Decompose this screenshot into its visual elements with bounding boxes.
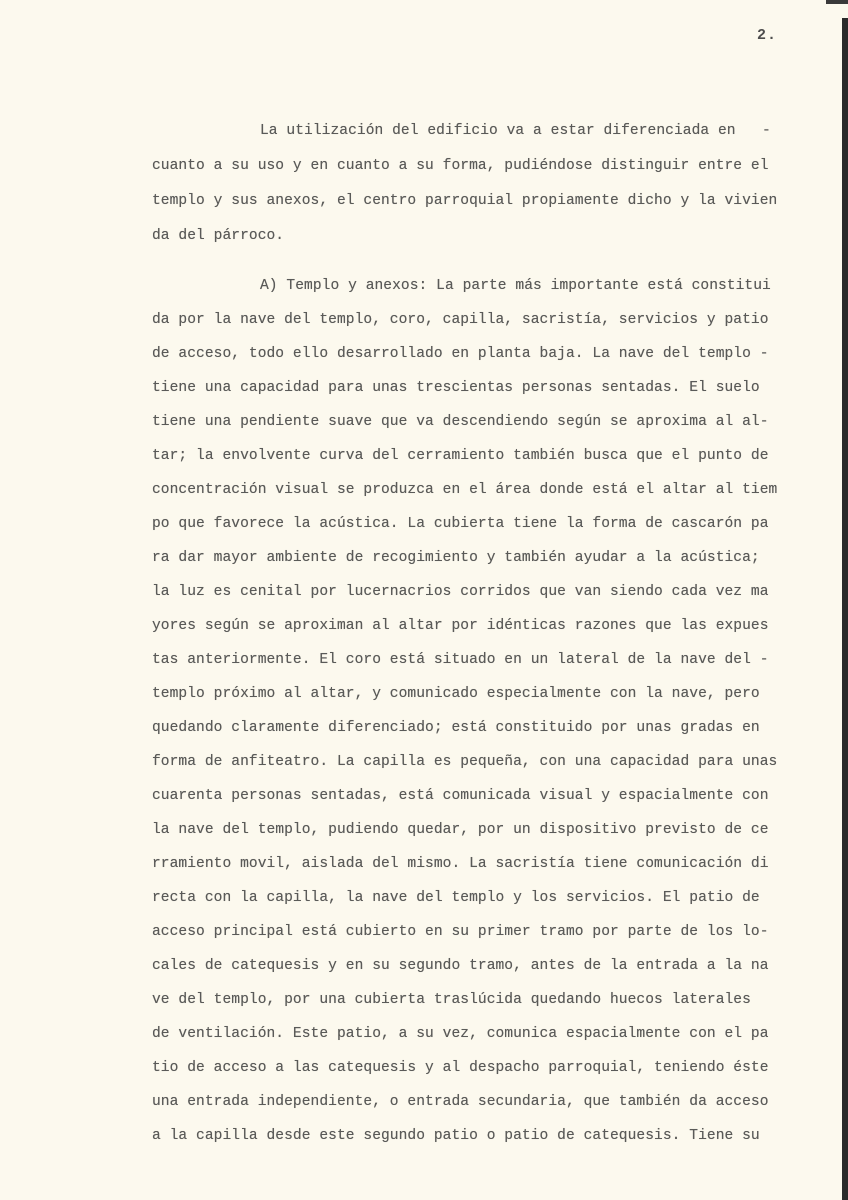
section-a-line-16: cuarenta personas sentadas, está comunic… [152,787,769,805]
section-a-line-1: A) Templo y anexos: La parte más importa… [260,277,771,295]
intro-line-2: cuanto a su uso y en cuanto a su forma, … [152,157,769,175]
section-a-line-12: tas anteriormente. El coro está situado … [152,651,769,669]
section-a-line-21: cales de catequesis y en su segundo tram… [152,957,769,975]
section-a-line-10: la luz es cenital por lucernacrios corri… [152,583,769,601]
scan-edge-top [826,0,848,4]
page-number: 2. [757,27,777,44]
intro-line-4: da del párroco. [152,227,284,245]
section-a-line-14: quedando claramente diferenciado; está c… [152,719,760,737]
section-a-line-18: rramiento movil, aislada del mismo. La s… [152,855,769,873]
section-a-line-7: concentración visual se produzca en el á… [152,481,777,499]
section-a-line-2: da por la nave del templo, coro, capilla… [152,311,769,329]
section-a-line-17: la nave del templo, pudiendo quedar, por… [152,821,769,839]
document-page: 2. La utilización del edificio va a esta… [0,0,848,1200]
section-a-line-15: forma de anfiteatro. La capilla es peque… [152,753,777,771]
section-a-line-3: de acceso, todo ello desarrollado en pla… [152,345,769,363]
section-a-line-8: po que favorece la acústica. La cubierta… [152,515,769,533]
section-a-line-5: tiene una pendiente suave que va descend… [152,413,769,431]
section-a-line-26: a la capilla desde este segundo patio o … [152,1127,760,1145]
section-a-line-4: tiene una capacidad para unas trescienta… [152,379,760,397]
section-a-line-20: acceso principal está cubierto en su pri… [152,923,769,941]
intro-line-1: La utilización del edificio va a estar d… [260,122,771,140]
section-a-line-9: ra dar mayor ambiente de recogimiento y … [152,549,760,567]
section-a-line-23: de ventilación. Este patio, a su vez, co… [152,1025,769,1043]
section-a-line-6: tar; la envolvente curva del cerramiento… [152,447,769,465]
intro-line-3: templo y sus anexos, el centro parroquia… [152,192,777,210]
section-a-line-13: templo próximo al altar, y comunicado es… [152,685,760,703]
section-a-line-22: ve del templo, por una cubierta traslúci… [152,991,751,1009]
section-a-line-24: tio de acceso a las catequesis y al desp… [152,1059,769,1077]
section-a-line-11: yores según se aproximan al altar por id… [152,617,769,635]
section-a-line-19: recta con la capilla, la nave del templo… [152,889,760,907]
scan-edge-right [842,18,848,1200]
section-a-line-25: una entrada independiente, o entrada sec… [152,1093,769,1111]
